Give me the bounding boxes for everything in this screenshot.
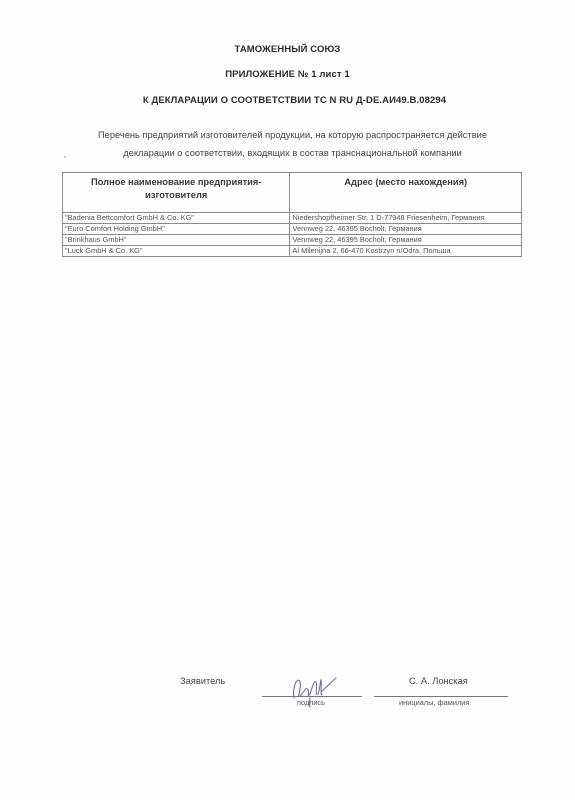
intro-line-1: Перечень предприятий изготовителей проду… [5,130,575,140]
name-caption: инициалы, фамилия [399,698,469,707]
intro-line-2: декларации о соответствии, входящих в со… [5,148,575,158]
header-company-name: Полное наименование предприятия-изготови… [63,173,290,213]
table-row: "Brinkhaus GmbH" Vennweg 22, 46395 Bocho… [63,235,522,246]
address-cell: Vennweg 22, 46395 Bocholt, Германия [290,235,522,246]
appendix-title: ПРИЛОЖЕНИЕ № 1 лист 1 [0,69,575,80]
header-address: Адрес (место нахождения) [290,173,522,213]
table-row: "Luck GmbH & Co. KG" Al Milenijna 2, 66-… [63,246,522,257]
address-cell: Al Milenijna 2, 66-470 Kostrzyn n/Odra, … [290,246,522,257]
company-name-cell: "Badenia Bettcomfort GmbH & Co. KG" [63,213,290,224]
scan-speck [64,156,66,158]
document-page: ТАМОЖЕННЫЙ СОЮЗ ПРИЛОЖЕНИЕ № 1 лист 1 К … [0,0,575,800]
signer-name: С. А. Лонская [409,676,468,686]
manufacturers-table: Полное наименование предприятия-изготови… [62,172,522,257]
signature-caption: подпись [297,698,325,707]
company-name-cell: "Luck GmbH & Co. KG" [63,246,290,257]
signature-line [262,696,362,697]
company-name-cell: "Euro Comfort Holding GmbH" [63,224,290,235]
declaration-title: К ДЕКЛАРАЦИИ О СООТВЕТСТВИИ ТС N RU Д-DE… [7,95,575,106]
address-cell: Vennweg 22, 46395 Bocholt, Германия [290,224,522,235]
company-name-cell: "Brinkhaus GmbH" [63,235,290,246]
address-cell: Niedershopfheimer Str. 1 D-77948 Friesen… [290,213,522,224]
table-row: "Euro Comfort Holding GmbH" Vennweg 22, … [63,224,522,235]
applicant-label: Заявитель [180,676,225,686]
table-row: "Badenia Bettcomfort GmbH & Co. KG" Nied… [63,213,522,224]
name-line [374,696,508,697]
table-header-row: Полное наименование предприятия-изготови… [63,173,522,213]
union-title: ТАМОЖЕННЫЙ СОЮЗ [0,44,575,55]
